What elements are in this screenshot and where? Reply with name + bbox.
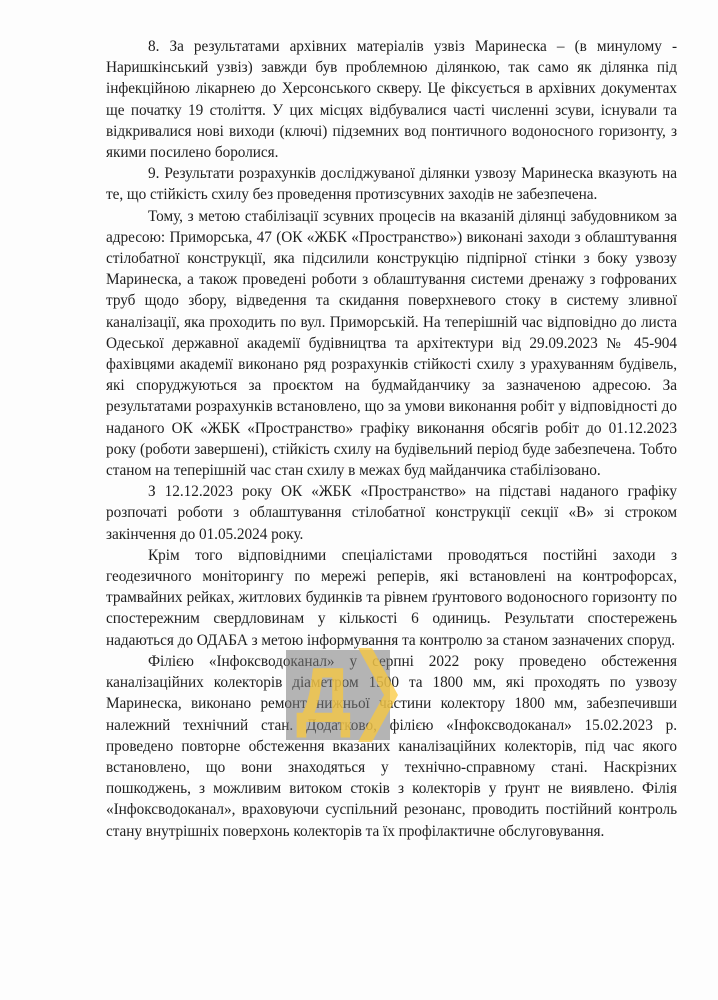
paragraph-9-calculation-results: 9. Результати розрахунків досліджуваної … [106, 163, 677, 205]
document-page: 8. За результатами архівних матеріалів у… [0, 0, 718, 1000]
document-body: 8. За результатами архівних матеріалів у… [106, 36, 677, 842]
paragraph-geodetic-monitoring: Крім того відповідними спеціалістами про… [106, 545, 677, 651]
paragraph-sewer-inspection: Філією «Інфоксводоканал» у серпні 2022 р… [106, 651, 677, 842]
paragraph-stylobate-works: З 12.12.2023 року ОК «ЖБК «Пространство»… [106, 481, 677, 545]
paragraph-stabilization-measures: Тому, з метою стабілізації зсувних проце… [106, 206, 677, 482]
paragraph-8-archival-materials: 8. За результатами архівних матеріалів у… [106, 36, 677, 163]
